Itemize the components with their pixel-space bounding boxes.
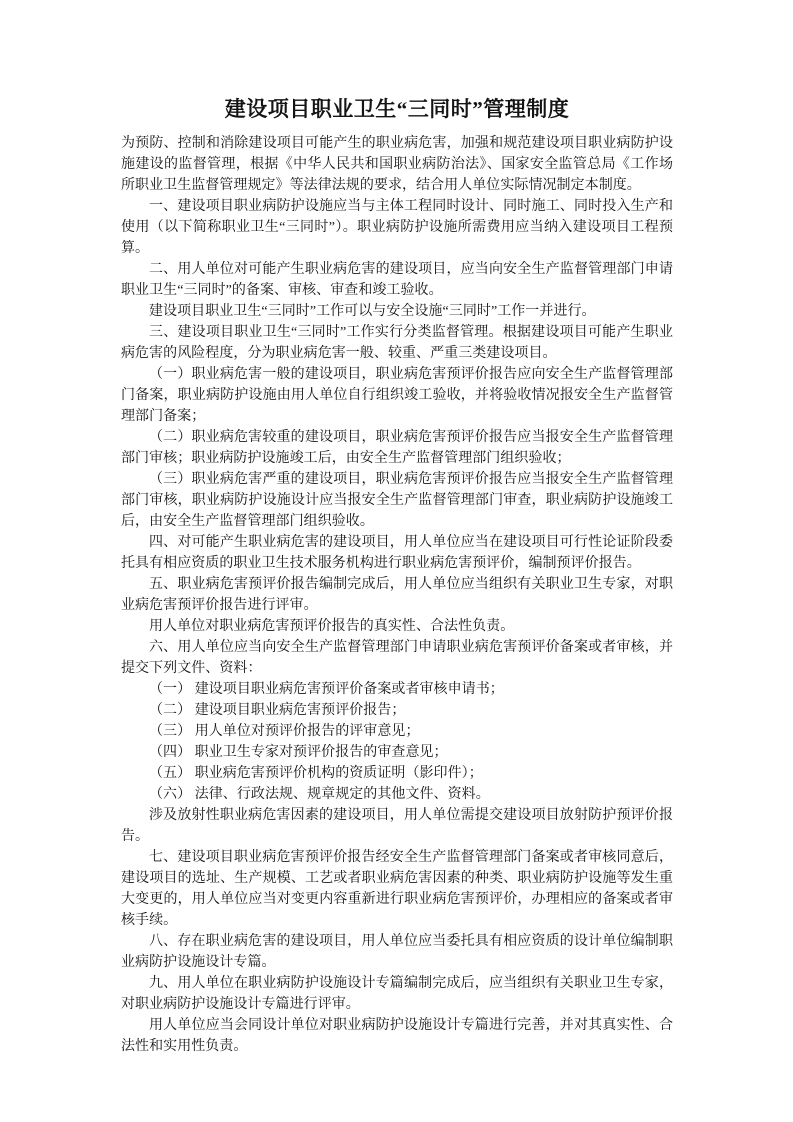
paragraph: 三、建设项目职业卫生“三同时”工作实行分类监督管理。根据建设项目可能产生职业病危…: [121, 322, 673, 364]
paragraph: 涉及放射性职业病危害因素的建设项目，用人单位需提交建设项目放射防护预评价报告。: [121, 805, 673, 847]
paragraph: （一）职业病危害一般的建设项目，职业病危害预评价报告应向安全生产监督管理部门备案…: [121, 364, 673, 427]
paragraph: （三） 用人单位对预评价报告的评审意见；: [121, 721, 673, 742]
paragraph: 四、对可能产生职业病危害的建设项目，用人单位应当在建设项目可行性论证阶段委托具有…: [121, 532, 673, 574]
paragraph: 用人单位应当会同设计单位对职业病防护设施设计专篇进行完善，并对其真实性、合法性和…: [121, 1015, 673, 1057]
paragraph: （五） 职业病危害预评价机构的资质证明（影印件）；: [121, 763, 673, 784]
paragraph: 二、用人单位对可能产生职业病危害的建设项目，应当向安全生产监督管理部门申请职业卫…: [121, 259, 673, 301]
paragraph: （三）职业病危害严重的建设项目，职业病危害预评价报告应当报安全生产监督管理部门审…: [121, 469, 673, 532]
paragraph: 八、存在职业病危害的建设项目，用人单位应当委托具有相应资质的设计单位编制职业病防…: [121, 931, 673, 973]
paragraph: 用人单位对职业病危害预评价报告的真实性、合法性负责。: [121, 616, 673, 637]
paragraph: 为预防、控制和消除建设项目可能产生的职业病危害，加强和规范建设项目职业病防护设施…: [121, 133, 673, 196]
paragraph: 五、职业病危害预评价报告编制完成后，用人单位应当组织有关职业卫生专家，对职业病危…: [121, 574, 673, 616]
paragraph: （一） 建设项目职业病危害预评价备案或者审核申请书；: [121, 679, 673, 700]
paragraph: （二） 建设项目职业病危害预评价报告；: [121, 700, 673, 721]
document-body: 为预防、控制和消除建设项目可能产生的职业病危害，加强和规范建设项目职业病防护设施…: [121, 133, 673, 1057]
document-title: 建设项目职业卫生“三同时”管理制度: [121, 94, 673, 124]
paragraph: 七、建设项目职业病危害预评价报告经安全生产监督管理部门备案或者审核同意后，建设项…: [121, 847, 673, 931]
paragraph: 六、用人单位应当向安全生产监督管理部门申请职业病危害预评价备案或者审核，并提交下…: [121, 637, 673, 679]
paragraph: （六） 法律、行政法规、规章规定的其他文件、资料。: [121, 784, 673, 805]
paragraph: 九、用人单位在职业病防护设施设计专篇编制完成后，应当组织有关职业卫生专家，对职业…: [121, 973, 673, 1015]
document-page: 建设项目职业卫生“三同时”管理制度 为预防、控制和消除建设项目可能产生的职业病危…: [0, 0, 793, 1122]
paragraph: （四） 职业卫生专家对预评价报告的审查意见；: [121, 742, 673, 763]
paragraph: （二）职业病危害较重的建设项目，职业病危害预评价报告应当报安全生产监督管理部门审…: [121, 427, 673, 469]
paragraph: 建设项目职业卫生“三同时”工作可以与安全设施“三同时”工作一并进行。: [121, 301, 673, 322]
paragraph: 一、建设项目职业病防护设施应当与主体工程同时设计、同时施工、同时投入生产和使用（…: [121, 196, 673, 259]
